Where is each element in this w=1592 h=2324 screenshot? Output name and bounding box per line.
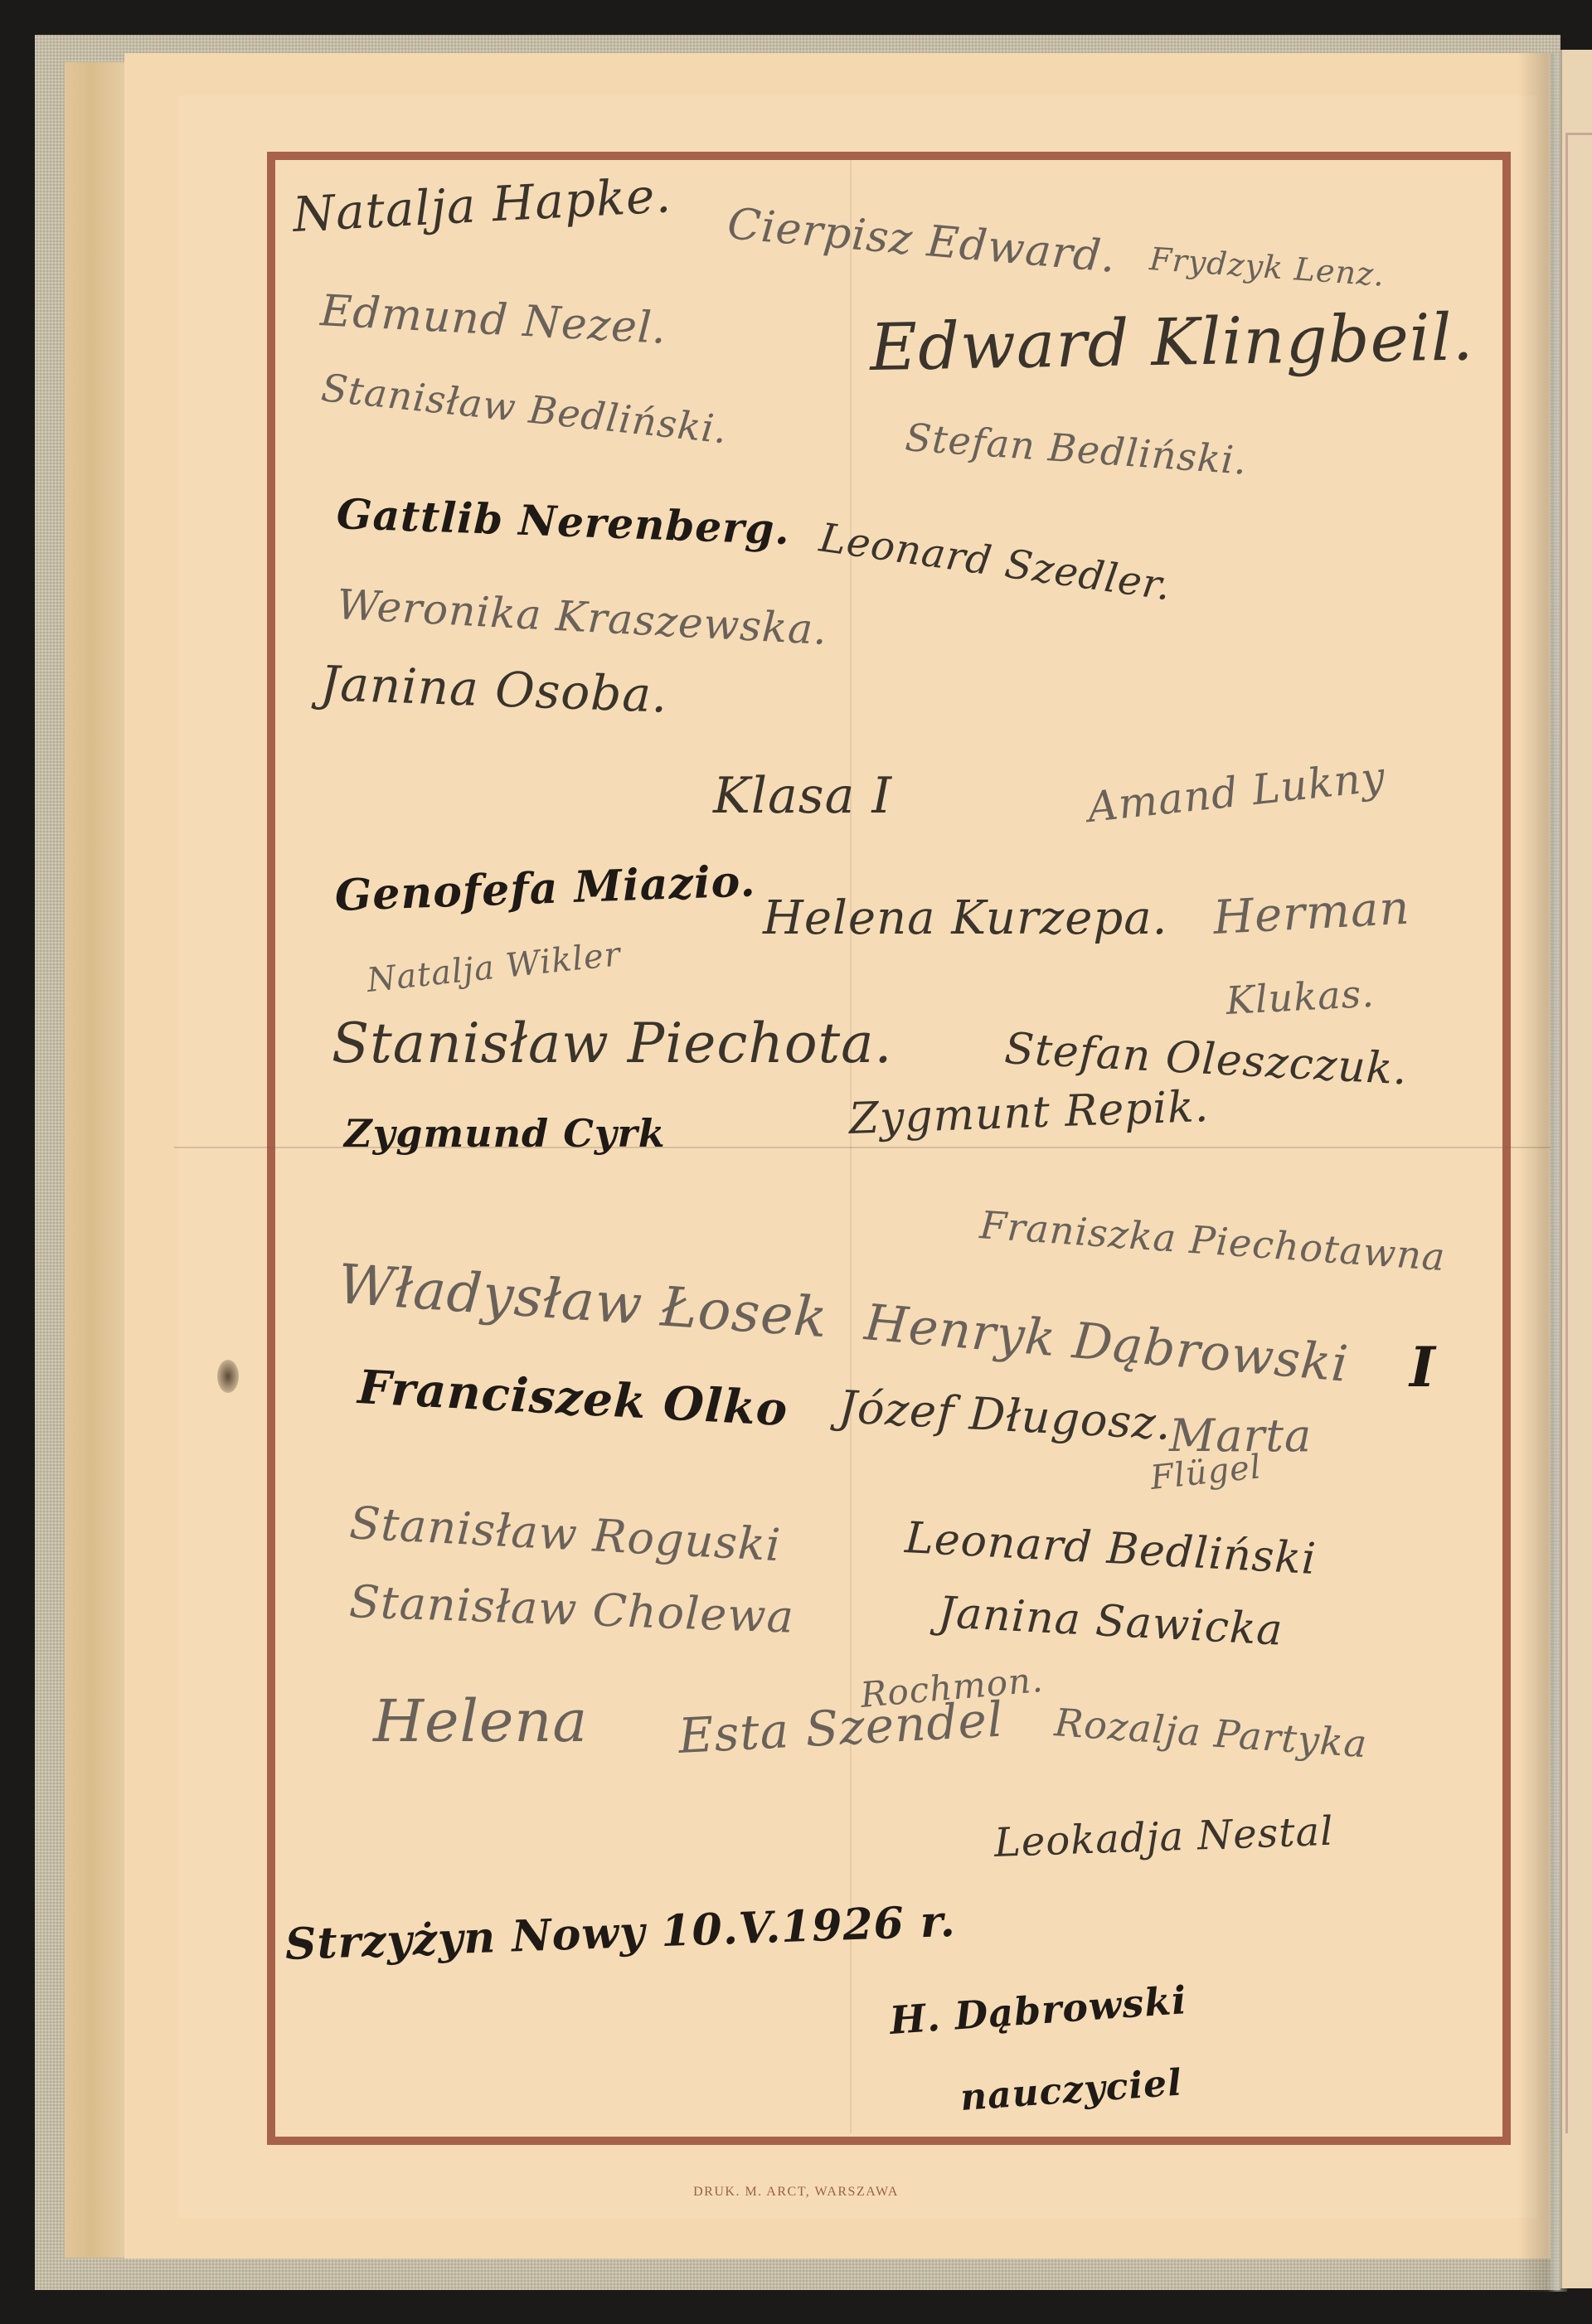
facing-page-frame (1565, 133, 1592, 2133)
printer-imprint: DRUK. M. ARCT, WARSZAWA (0, 2185, 1592, 2200)
signature: Stanisław Piechota. (332, 1012, 892, 1075)
roman-numeral: I (1410, 1335, 1436, 1400)
ink-stain (217, 1360, 239, 1393)
signature: Klukas. (1225, 971, 1376, 1023)
signature: Herman (1212, 881, 1411, 945)
signature: Helena Kurzepa. (763, 891, 1167, 945)
signature: Helena (373, 1687, 588, 1755)
page-edges (65, 62, 131, 2258)
signature: Zygmund Cyrk (344, 1111, 666, 1156)
section-heading: Klasa I (713, 767, 892, 825)
book-spine-gutter (1517, 53, 1567, 2292)
signature: Edward Klingbeil. (869, 300, 1474, 386)
